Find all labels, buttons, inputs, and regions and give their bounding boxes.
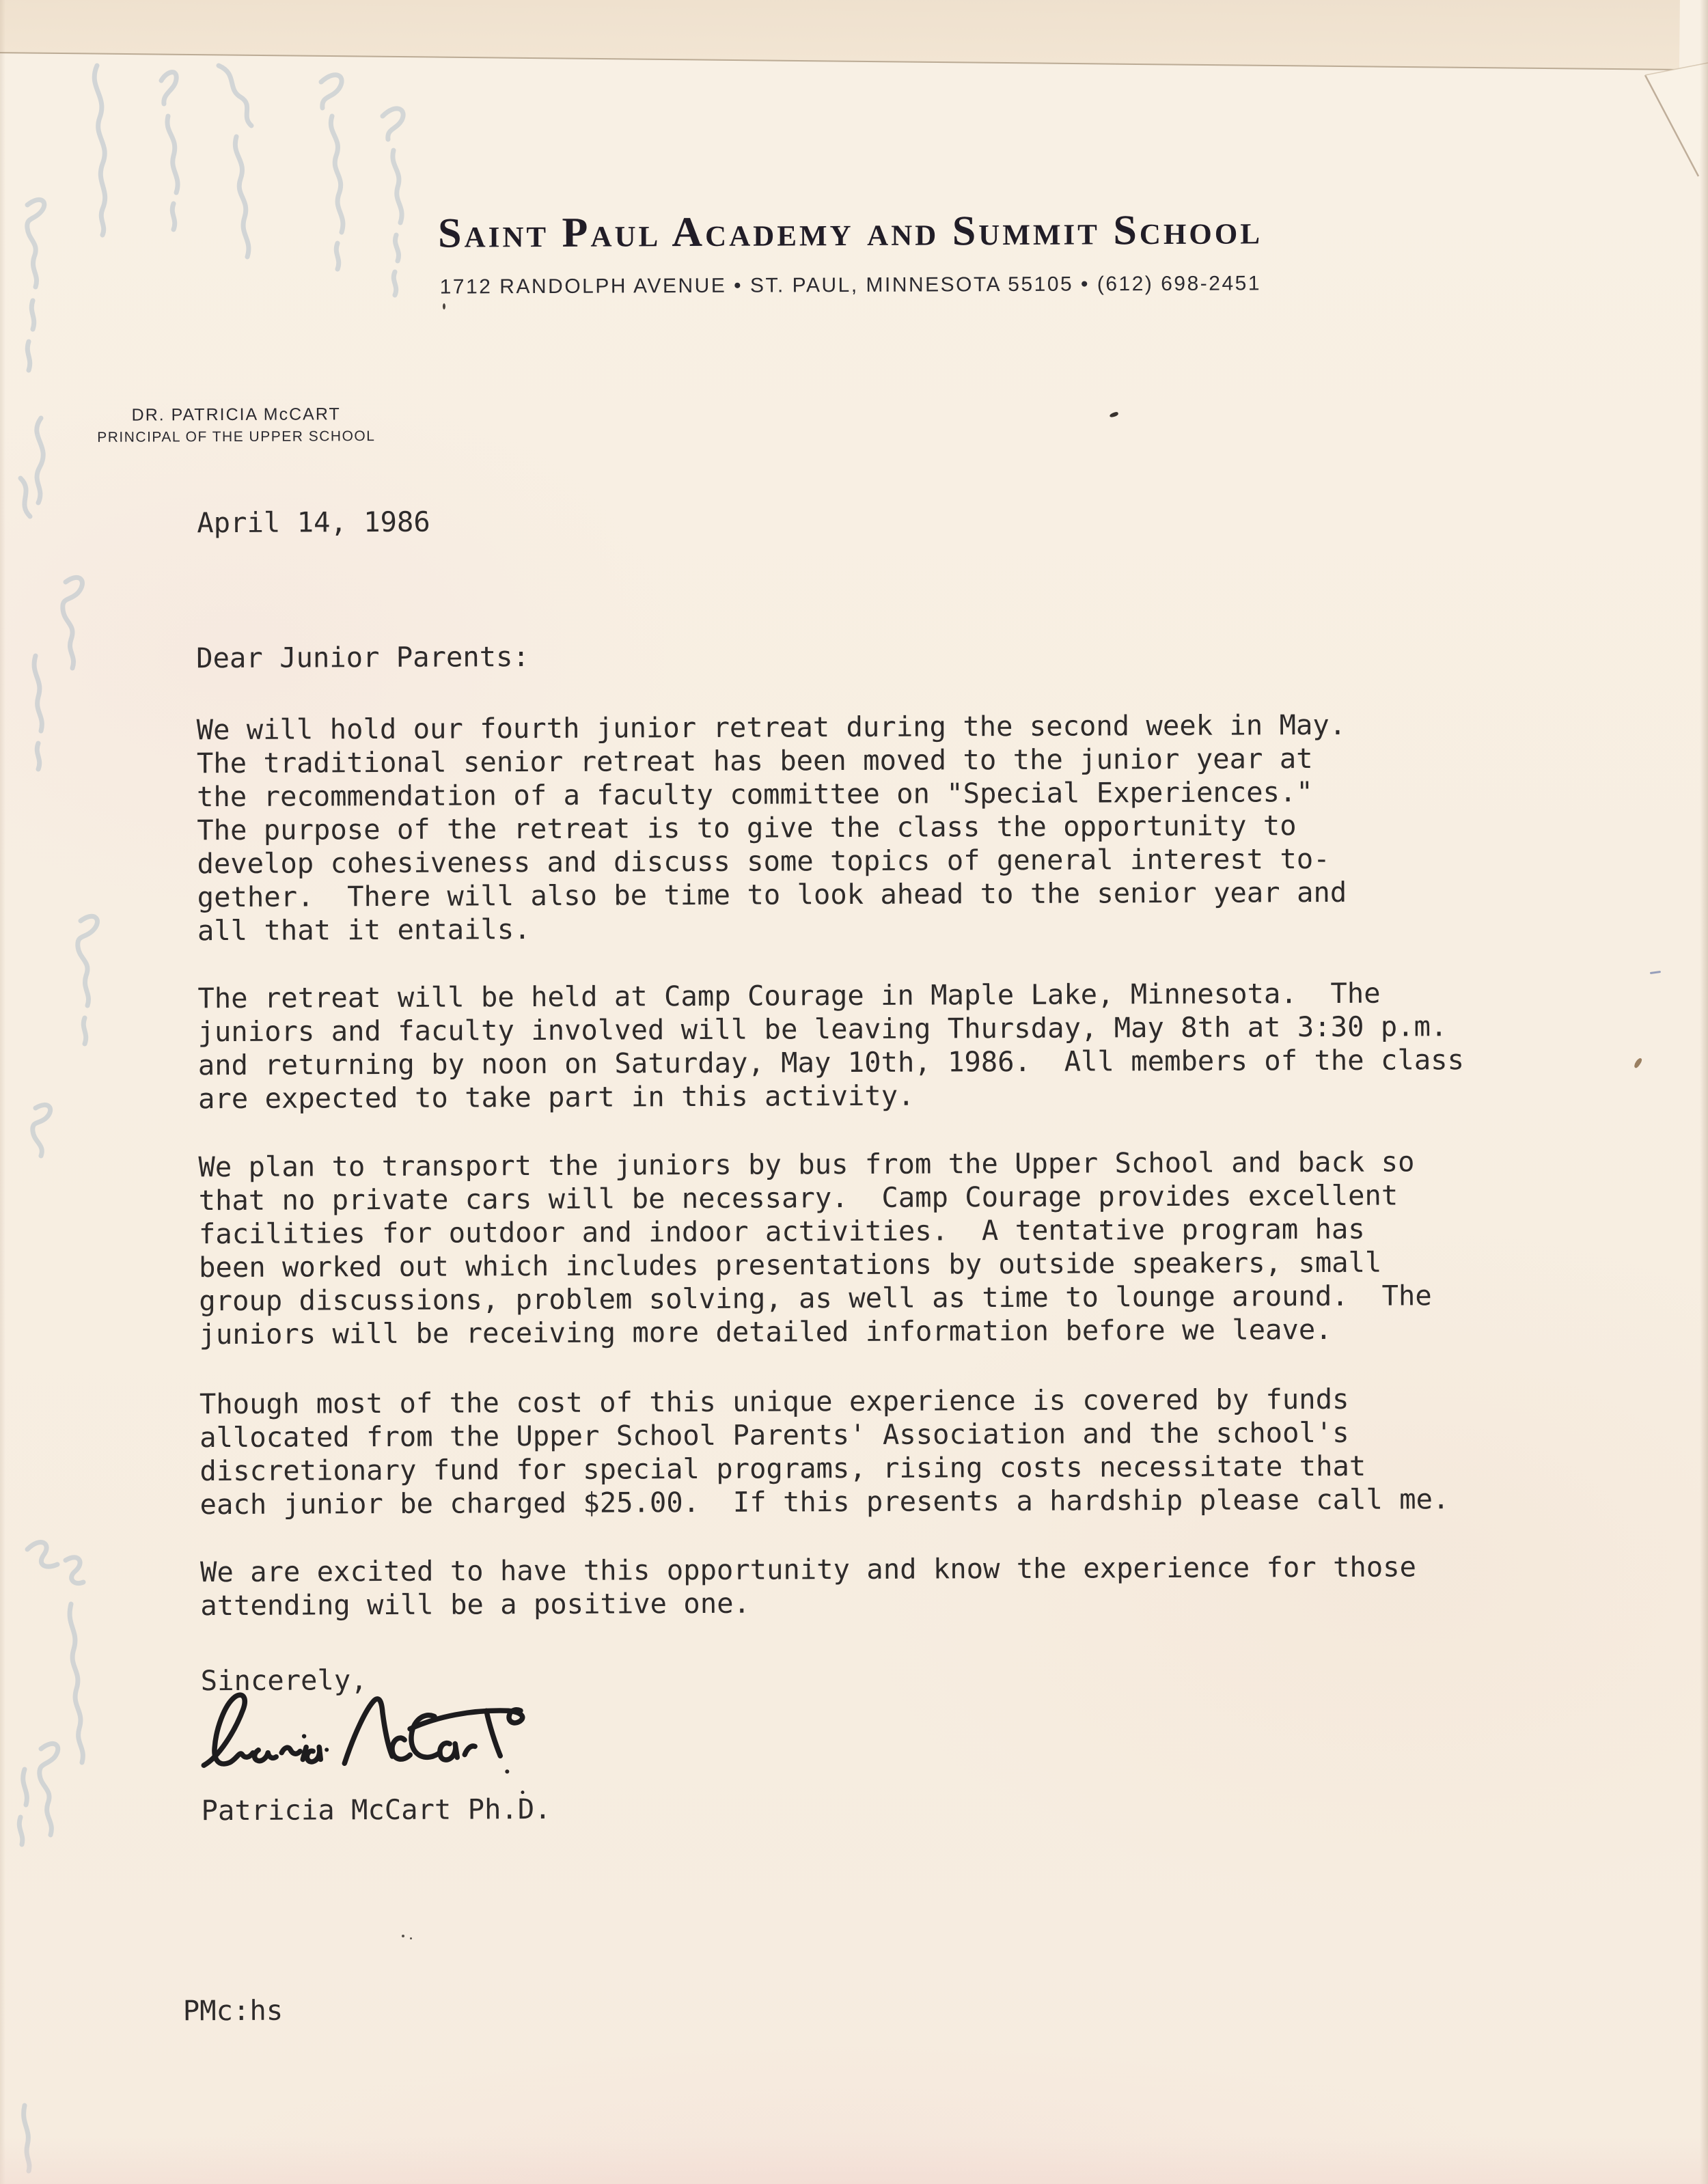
body-paragraph: The retreat will be held at Camp Courage…	[197, 976, 1464, 1116]
letter-date: April 14, 1986	[197, 506, 430, 540]
scan-edge-shadow-right	[1700, 0, 1708, 2184]
letterhead-school-name: Saint Paul Academy and Summit School	[0, 207, 1705, 257]
ink-dot	[505, 1769, 509, 1773]
letter-content: Saint Paul Academy and Summit School 171…	[0, 0, 1708, 2184]
officer-name: DR. PATRICIA McCART	[66, 404, 407, 426]
body-paragraph: Though most of the cost of this unique e…	[199, 1382, 1450, 1521]
letterhead-address: 1712 RANDOLPH AVENUE • ST. PAUL, MINNESO…	[0, 271, 1705, 301]
scanned-letter-page: Saint Paul Academy and Summit School 171…	[0, 0, 1708, 2184]
scan-edge-shadow-left	[0, 0, 5, 2184]
body-paragraph: We plan to transport the juniors by bus …	[198, 1145, 1432, 1351]
scan-edge-tint-bottom	[0, 2136, 1708, 2184]
officer-title: PRINCIPAL OF THE UPPER SCHOOL	[66, 428, 407, 447]
body-paragraph: We are excited to have this opportunity …	[200, 1550, 1416, 1622]
typed-signature-name: Patricia McCart Ph.D.	[201, 1793, 551, 1827]
signature-handwriting	[199, 1686, 542, 1793]
reference-initials: PMc:hs	[183, 1994, 284, 2028]
body-paragraph: We will hold our fourth junior retreat d…	[197, 708, 1347, 948]
salutation: Dear Junior Parents:	[196, 640, 529, 675]
letterhead-officer-block: DR. PATRICIA McCART PRINCIPAL OF THE UPP…	[66, 404, 407, 447]
